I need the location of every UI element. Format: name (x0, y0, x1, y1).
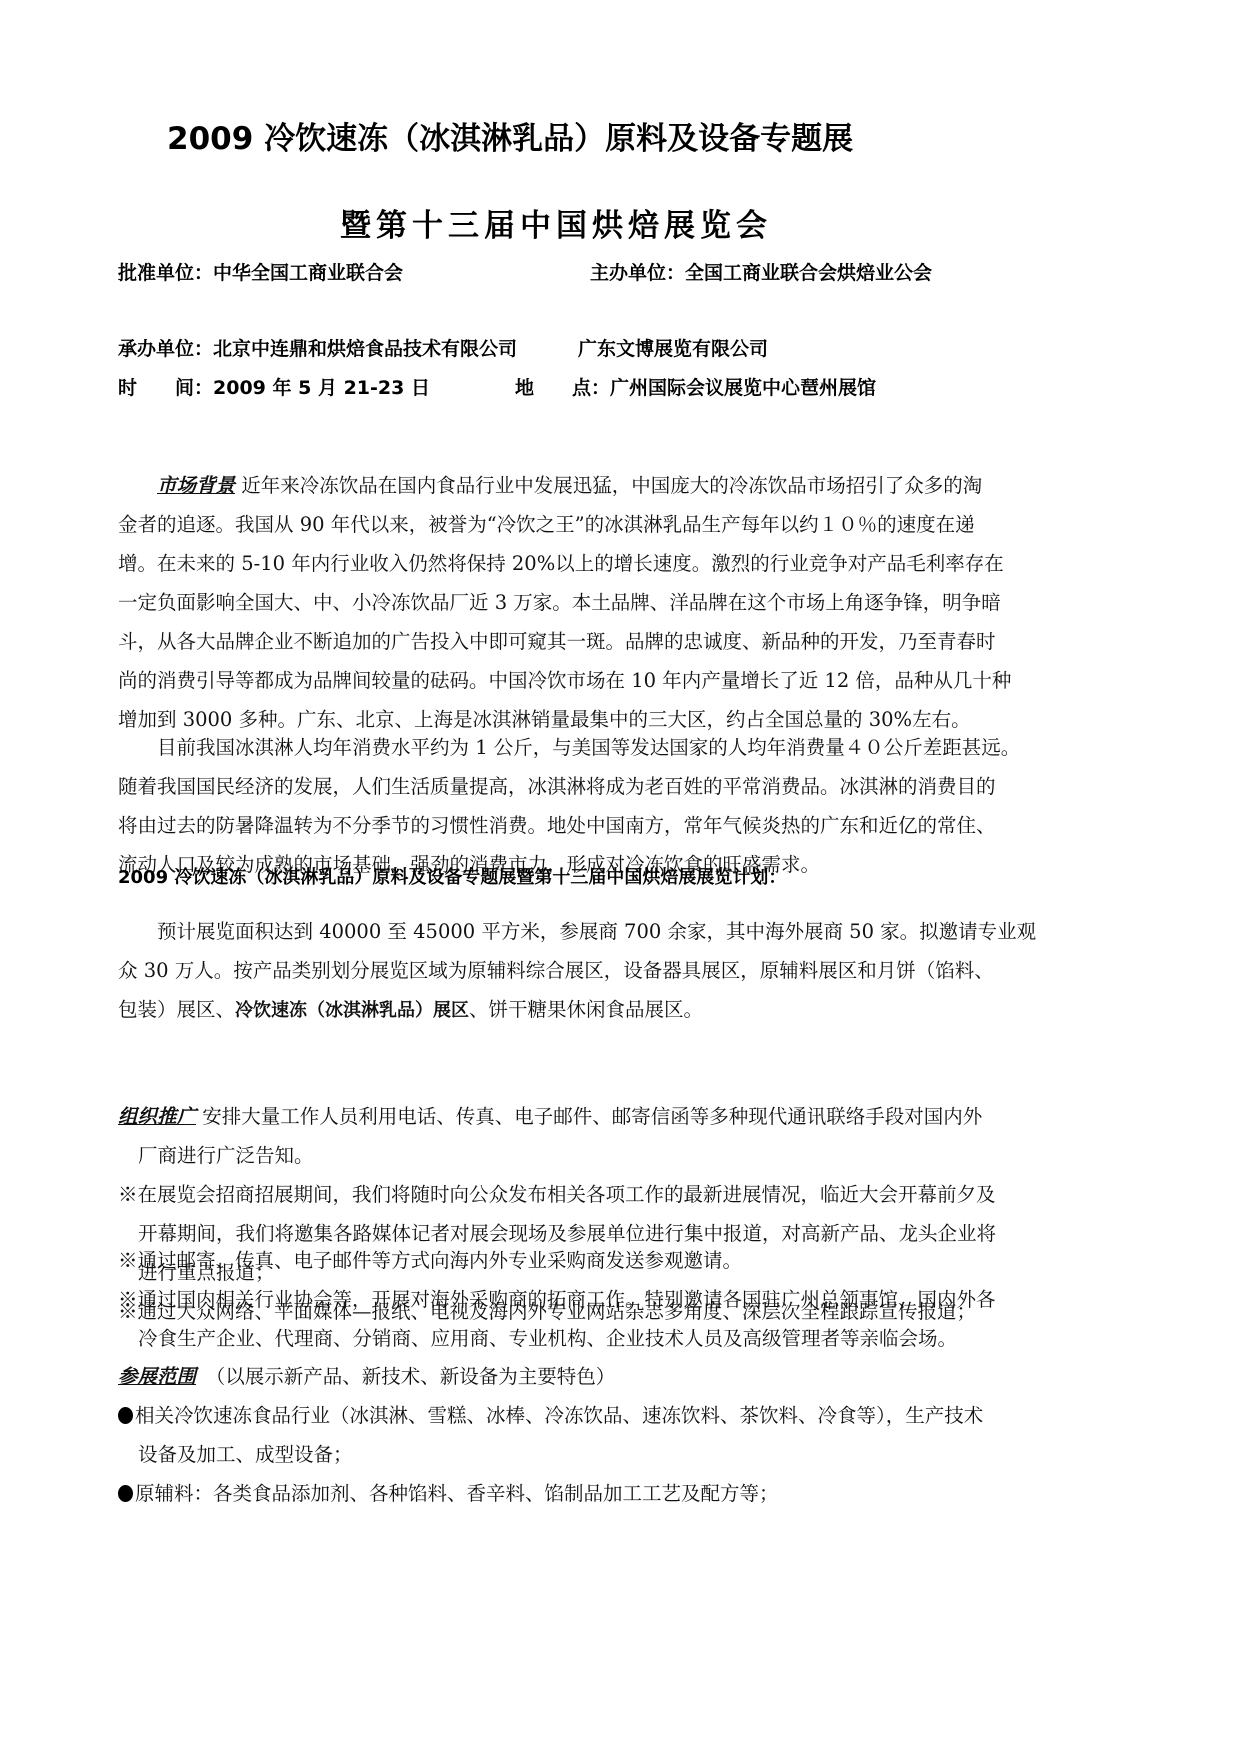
approved-by-value: 中华全国工商业联合会 (213, 262, 403, 284)
organizer-2: 广东文博展览有限公司 (578, 334, 768, 361)
approved-by: 批准单位：中华全国工商业联合会 (118, 258, 403, 285)
organizer: 承办单位：北京中连鼎和烘焙食品技术有限公司 (118, 334, 517, 361)
bullet-icon (118, 1407, 133, 1424)
promotion-section-2: ※通过邮寄、传真、电子邮件等方式向海内外专业采购商发送参观邀请。 ※通过国内相关… (118, 1241, 1108, 1358)
consumption-paragraph: 目前我国冰淇淋人均年消费水平约为 1 公斤，与美国等发达国家的人均年消费量４０公… (118, 728, 1108, 884)
organizer-1: 北京中连鼎和烘焙食品技术有限公司 (213, 338, 517, 360)
promotion-item-cont: 冷食生产企业、代理商、分销商、应用商、专业机构、企业技术人员及高级管理者等亲临会… (118, 1319, 1108, 1358)
approved-by-label: 批准单位： (118, 262, 213, 284)
scope-section: 参展范围 （以展示新产品、新技术、新设备为主要特色） 相关冷饮速冻食品行业（冰淇… (118, 1357, 1108, 1513)
organizer-label: 承办单位： (118, 338, 213, 360)
place-label: 地 点： (515, 377, 610, 399)
paragraph-line: 市场背景 近年来冷冻饮品在国内食品行业中发展迅猛，中国庞大的冷冻饮品市场招引了众… (118, 466, 1108, 505)
paragraph-line: 随着我国国民经济的发展，人们生活质量提高，冰淇淋将成为老百姓的平常消费品。冰淇淋… (118, 767, 1108, 806)
paragraph-line: 增。在未来的 5-10 年内行业收入仍然将保持 20%以上的增长速度。激烈的行业… (118, 544, 1108, 583)
paragraph-line: 目前我国冰淇淋人均年消费水平约为 1 公斤，与美国等发达国家的人均年消费量４０公… (118, 728, 1108, 767)
plan-paragraph: 预计展览面积达到 40000 至 45000 平方米，参展商 700 余家，其中… (118, 912, 1108, 1030)
scope-item-cont: 设备及加工、成型设备； (118, 1435, 1108, 1474)
promotion-item: ※通过国内相关行业协会等，开展对海外采购商的拓商工作。特别邀请各国驻广州总领事馆… (118, 1280, 1108, 1319)
market-background-paragraph: 市场背景 近年来冷冻饮品在国内食品行业中发展迅猛，中国庞大的冷冻饮品市场招引了众… (118, 466, 1108, 739)
scope-heading: 参展范围 (118, 1365, 196, 1388)
place-value: 广州国际会议展览中心琶州展馆 (610, 377, 876, 399)
time-value: 2009 年 5 月 21-23 日 (213, 377, 430, 399)
paragraph-line: 斗，从各大品牌企业不断追加的广告投入中即可窥其一斑。品牌的忠诚度、新品种的开发，… (118, 622, 1108, 661)
frozen-zone-highlight: 冷饮速冻（冰淇淋乳品）展区 (235, 1000, 469, 1021)
plan-heading: 2009 冷饮速冻（冰淇淋乳品）原料及设备专题展暨第十三届中国烘焙展展览计划： (118, 863, 786, 889)
promotion-item: ※通过邮寄、传真、电子邮件等方式向海内外专业采购商发送参观邀请。 (118, 1241, 1108, 1280)
promotion-item: ※在展览会招商招展期间，我们将随时向公众发布相关各项工作的最新进展情况，临近大会… (118, 1175, 1108, 1214)
scope-item: 相关冷饮速冻食品行业（冰淇淋、雪糕、冰棒、冷冻饮品、速冻饮料、茶饮料、冷食等），… (118, 1396, 1108, 1435)
time: 时 间：2009 年 5 月 21-23 日 (118, 373, 430, 400)
host-value: 全国工商业联合会烘焙业公会 (685, 262, 932, 284)
promotion-heading: 组织推广 (118, 1105, 196, 1128)
document-subtitle: 暨第十三届中国烘焙展览会 (340, 200, 772, 245)
place: 地 点：广州国际会议展览中心琶州展馆 (515, 373, 876, 400)
paragraph-line: 预计展览面积达到 40000 至 45000 平方米，参展商 700 余家，其中… (118, 912, 1108, 951)
market-background-heading: 市场背景 (157, 474, 235, 497)
paragraph-line: 金者的追逐。我国从 90 年代以来，被誉为“冷饮之王”的冰淇淋乳品生产每年以约１… (118, 505, 1108, 544)
paragraph-line: 将由过去的防暑降温转为不分季节的习惯性消费。地处中国南方，常年气候炎热的广东和近… (118, 806, 1108, 845)
time-label: 时 间： (118, 377, 213, 399)
paragraph-line: 厂商进行广泛告知。 (118, 1136, 1108, 1175)
paragraph-line: 众 30 万人。按产品类别划分展览区域为原辅料综合展区，设备器具展区，原辅料展区… (118, 951, 1108, 990)
paragraph-line: 尚的消费引导等都成为品牌间较量的砝码。中国冷饮市场在 10 年内产量增长了近 1… (118, 661, 1108, 700)
paragraph-line: 包装）展区、冷饮速冻（冰淇淋乳品）展区、饼干糖果休闲食品展区。 (118, 990, 1108, 1030)
paragraph-line: 一定负面影响全国大、中、小冷冻饮品厂近 3 万家。本土品牌、洋品牌在这个市场上角… (118, 583, 1108, 622)
host: 主办单位：全国工商业联合会烘焙业公会 (590, 258, 932, 285)
scope-subtitle: （以展示新产品、新技术、新设备为主要特色） (196, 1365, 615, 1388)
paragraph-line: 参展范围 （以展示新产品、新技术、新设备为主要特色） (118, 1357, 1108, 1396)
document-title: 2009 冷饮速冻（冰淇淋乳品）原料及设备专题展 (167, 113, 853, 158)
scope-item: 原辅料：各类食品添加剂、各种馅料、香辛料、馅制品加工工艺及配方等； (118, 1474, 1108, 1513)
paragraph-line: 组织推广 安排大量工作人员利用电话、传真、电子邮件、邮寄信函等多种现代通讯联络手… (118, 1097, 1108, 1136)
bullet-icon (118, 1485, 133, 1502)
host-label: 主办单位： (590, 262, 685, 284)
